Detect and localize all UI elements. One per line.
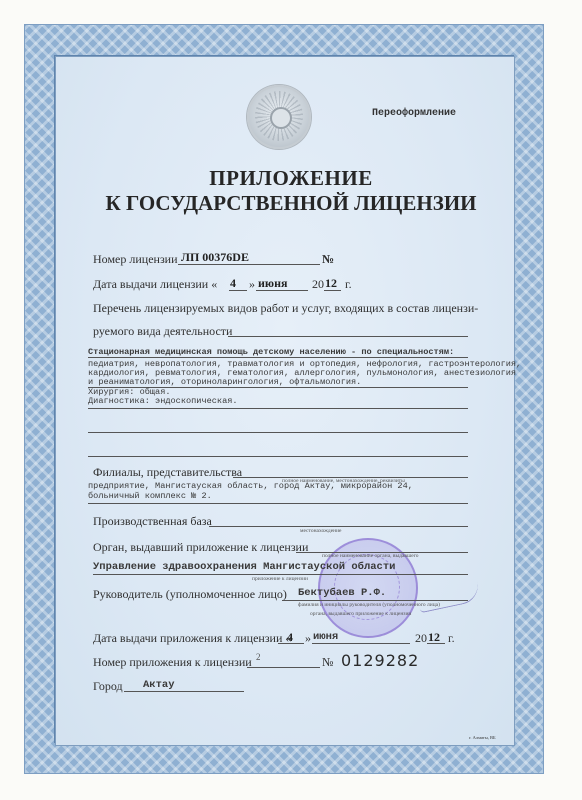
activities-line: Диагностика: эндоскопическая. [88,396,238,406]
license-number-value: ЛП 00376DE [181,250,249,265]
appendix-date-year: 12 [428,630,440,645]
branches-line: предприятие, Мангистауская область, горо… [88,481,413,491]
activities-line: и реаниматология, оториноларингология, о… [88,377,361,387]
appendix-serial-number: 0129282 [341,651,419,670]
branches-label: Филиалы, представительства [93,465,242,480]
appendix-date-label: Дата выдачи приложения к лицензии « [93,631,291,646]
city-value: Актау [143,680,175,690]
appendix-date-day: 4 [287,630,293,645]
issuing-body-value: Управление здравоохранения Мангистауской… [93,562,395,572]
appendix-date-month: июня [313,632,338,642]
printer-mark: г. Алматы, ВБ [469,735,496,740]
activities-label-line2: руемого вида деятельности [93,324,232,339]
head-value: Бектубаев Р.Ф. [298,588,386,598]
city-label: Город [93,679,123,694]
reissue-note: Переоформление [372,108,456,119]
activities-label-line1: Перечень лицензируемых видов работ и усл… [93,301,478,316]
head-hint1: фамилия и инициалы руководителя (уполном… [298,602,440,608]
branches-line: больничный комплекс № 2. [88,491,212,501]
appendix-number-label: Номер приложения к лицензии [93,655,252,670]
document-title: ПРИЛОЖЕНИЕ [0,166,582,191]
activities-line: Стационарная медицинская помощь детскому… [88,347,454,357]
license-date-month: июня [258,276,288,291]
license-date-day: 4 [230,276,236,291]
issuing-body-hint: полное наименование органа, выдавшего [322,553,419,559]
license-no-sign: № [322,252,334,267]
issuing-body-label: Орган, выдавший приложение к лицензии [93,540,308,555]
issuing-body-hint2: приложение к лицензии [252,576,308,582]
appendix-number-value: 2 [256,652,261,662]
production-base-label: Производственная база [93,514,212,529]
head-label: Руководитель (уполномоченное лицо) [93,587,287,602]
production-base-hint: местонахождение [300,528,342,534]
license-date-year: 12 [325,276,337,291]
license-date-label: Дата выдачи лицензии « [93,277,217,292]
state-emblem-icon [247,85,311,149]
license-number-label: Номер лицензии [93,252,178,267]
document-subtitle: К ГОСУДАРСТВЕННОЙ ЛИЦЕНЗИИ [0,191,582,216]
head-hint2: органа, выдавшего приложение к лицензии [310,611,411,617]
